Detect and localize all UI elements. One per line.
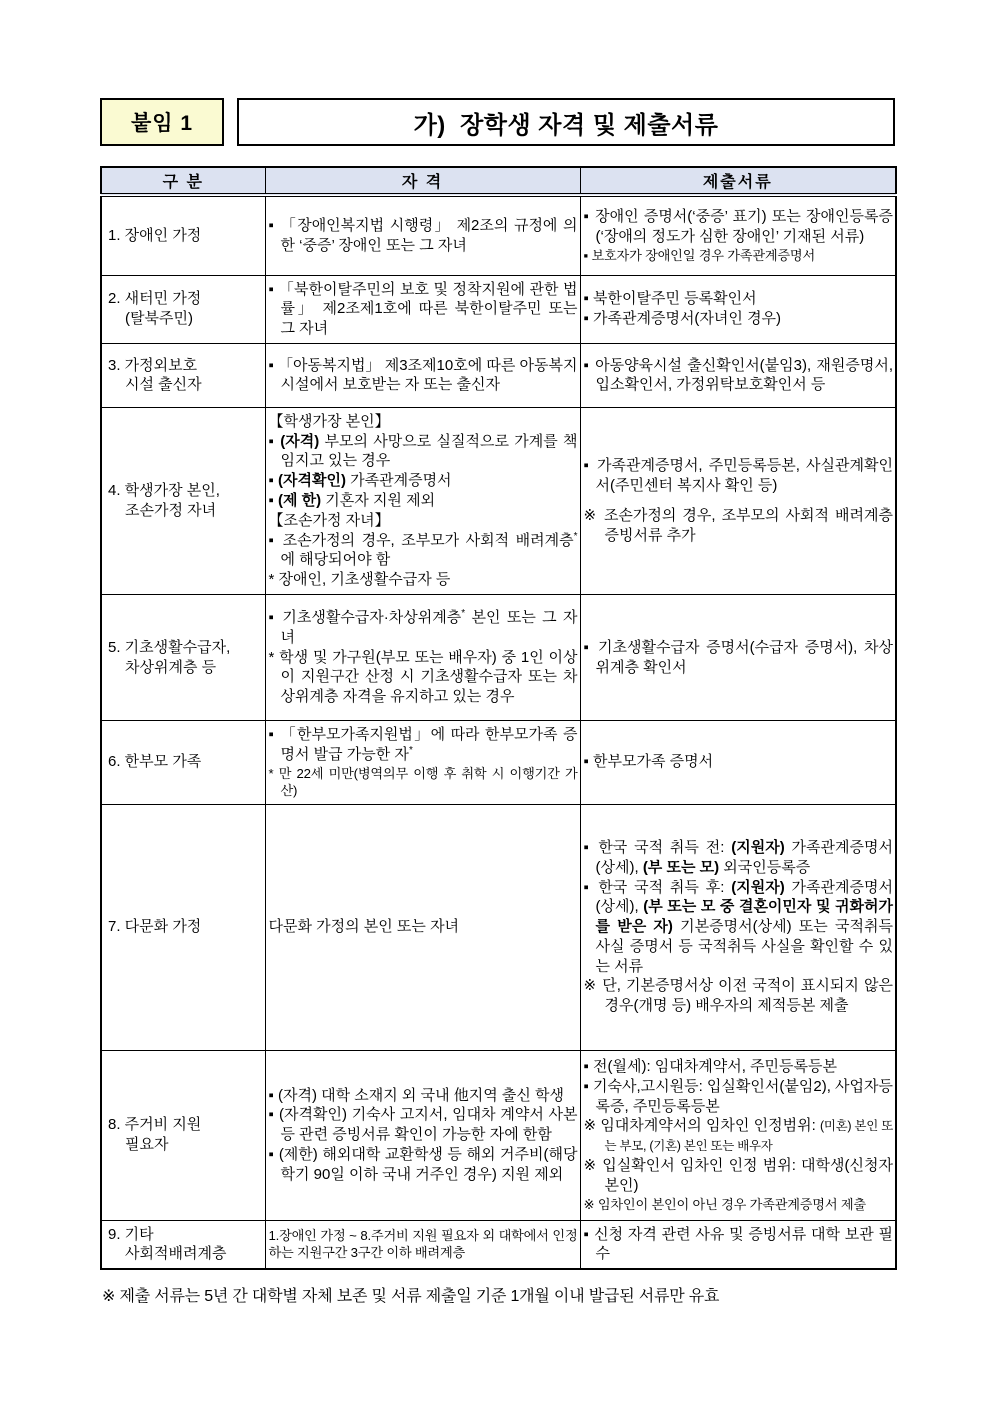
- table-row: 5. 기초생활수급자,차상위계층 등▪ 기초생활수급자·차상위계층* 본인 또는…: [101, 595, 896, 721]
- text-line: ※ 단, 기본증명서상 이전 국적이 표시되지 않은 경우(개명 등) 배우자의…: [584, 976, 894, 1016]
- page-title: 가) 장학생 자격 및 제출서류: [414, 105, 719, 140]
- category-cell: 8. 주거비 지원필요자: [101, 1050, 265, 1220]
- text-segment: 「아동복지법」 제3조제10호에 따른 아동복지시설에서 보호받는 자 또는 출…: [278, 357, 577, 394]
- text-segment: (지원자): [731, 879, 784, 896]
- category-text: 5. 기초생활수급자,: [108, 638, 263, 658]
- text-line: ▪ 기초생활수급자 증명서(수급자 증명서), 차상위계층 확인서: [584, 638, 894, 678]
- text-segment: 기숙사,고시원등: 입실확인서(붙임2), 사업자등록증, 주민등록등본: [593, 1078, 893, 1115]
- footer-note: ※ 제출 서류는 5년 간 대학별 자체 보존 및 서류 제출일 기준 1개월 …: [100, 1283, 895, 1306]
- documents-cell: ▪ 기초생활수급자 증명서(수급자 증명서), 차상위계층 확인서: [580, 595, 896, 721]
- category-text: 8. 주거비 지원: [108, 1115, 263, 1135]
- text-segment: 가족관계증명서: [346, 472, 452, 489]
- text-segment: (자격): [280, 433, 319, 450]
- category-cell: 1. 장애인 가정: [101, 195, 265, 275]
- text-line: ▪ 아동양육시설 출신확인서(붙임3), 재원증명서, 입소확인서, 가정위탁보…: [584, 356, 894, 396]
- qualification-cell: 다문화 가정의 본인 또는 자녀: [265, 804, 580, 1050]
- bullet-marker: ▪: [269, 472, 279, 489]
- bullet-marker: ▪: [269, 492, 279, 509]
- table-row: 4. 학생가장 본인,조손가정 자녀【학생가장 본인】▪ (자격) 부모의 사망…: [101, 407, 896, 594]
- text-segment: 임대차계약서의 임차인 인정범위:: [600, 1117, 820, 1134]
- category-cell: 9. 기타사회적배려계층: [101, 1220, 265, 1269]
- documents-cell: ▪ 신청 자격 관련 사유 및 증빙서류 대학 보관 필수: [580, 1220, 896, 1269]
- text-segment: 만 22세 미만(병역의무 이행 후 취학 시 이행기간 가산): [279, 766, 578, 798]
- text-segment: 한국 국적 취득 전:: [598, 839, 731, 856]
- bullet-marker: ▪: [269, 609, 283, 626]
- text-segment: 학생 및 가구원(부모 또는 배우자) 중 1인 이상이 지원구간 산정 시 기…: [279, 649, 577, 706]
- eligibility-table: 구 분 자 격 제출서류 1. 장애인 가정▪ 「장애인복지법 시행령」 제2조…: [100, 166, 897, 1270]
- footnote-marker: *: [269, 766, 279, 781]
- text-line: ※ 입실확인서 임차인 인정 범위: 대학생(신청자 본인): [584, 1156, 894, 1196]
- document-page: 붙임 1 가) 장학생 자격 및 제출서류 구 분 자 격 제출서류 1. 장애…: [100, 98, 895, 1306]
- qualification-cell: ▪ 「아동복지법」 제3조제10호에 따른 아동복지시설에서 보호받는 자 또는…: [265, 343, 580, 407]
- text-segment: 보호자가 장애인일 경우 가족관계증명서: [591, 248, 815, 263]
- text-line: * 학생 및 가구원(부모 또는 배우자) 중 1인 이상이 지원구간 산정 시…: [269, 648, 578, 707]
- text-segment: (자격확인) 기숙사 고지서, 임대차 계약서 사본 등 관련 증빙서류 확인이…: [279, 1106, 577, 1143]
- table-row: 8. 주거비 지원필요자▪ (자격) 대학 소재지 외 국내 他지역 출신 학생…: [101, 1050, 896, 1220]
- text-segment: (부 또는 모): [643, 859, 719, 876]
- text-line: ▪ (자격) 부모의 사망으로 실질적으로 가계를 책임지고 있는 경우: [269, 432, 578, 472]
- category-text: 1. 장애인 가정: [108, 226, 263, 246]
- text-segment: 단, 기본증명서상 이전 국적이 표시되지 않은 경우(개명 등) 배우자의 제…: [602, 977, 893, 1014]
- category-cell: 5. 기초생활수급자,차상위계층 등: [101, 595, 265, 721]
- text-line: ▪ 한국 국적 취득 후: (지원자) 가족관계증명서(상세), (부 또는 모…: [584, 878, 894, 977]
- text-line: ▪ (자격확인) 기숙사 고지서, 임대차 계약서 사본 등 관련 증빙서류 확…: [269, 1105, 578, 1145]
- text-segment: 「한부모가족지원법」에 따라 한부모가족 증명서 발급 가능한 자: [281, 726, 578, 763]
- bullet-marker: ▪: [584, 839, 599, 856]
- text-segment: 가족관계증명서, 주민등록등본, 사실관계확인서(주민센터 복지사 확인 등): [596, 457, 894, 494]
- bullet-marker: ▪: [584, 1058, 594, 1075]
- bullet-marker: ▪: [584, 310, 594, 327]
- documents-cell: ▪ 전(월세): 임대차계약서, 주민등록등본▪ 기숙사,고시원등: 입실확인서…: [580, 1050, 896, 1220]
- text-line: ▪ 전(월세): 임대차계약서, 주민등록등본: [584, 1057, 894, 1077]
- category-text: 4. 학생가장 본인,: [108, 481, 263, 501]
- category-cell: 7. 다문화 가정: [101, 804, 265, 1050]
- text-line: ▪ 「한부모가족지원법」에 따라 한부모가족 증명서 발급 가능한 자*: [269, 725, 578, 765]
- text-segment: 가족관계증명서(자녀인 경우): [593, 310, 781, 327]
- table-row: 2. 새터민 가정(탈북주민)▪ 「북한이탈주민의 보호 및 정착지원에 관한 …: [101, 275, 896, 343]
- text-line: ▪ (자격확인) 가족관계증명서: [269, 471, 578, 491]
- text-line: ▪ 기숙사,고시원등: 입실확인서(붙임2), 사업자등록증, 주민등록등본: [584, 1077, 894, 1117]
- documents-cell: ▪ 북한이탈주민 등록확인서▪ 가족관계증명서(자녀인 경우): [580, 275, 896, 343]
- qualification-cell: ▪ 「북한이탈주민의 보호 및 정착지원에 관한 법률」 제2조제1호에 따른 …: [265, 275, 580, 343]
- text-line: ▪ 한국 국적 취득 전: (지원자) 가족관계증명서(상세), (부 또는 모…: [584, 838, 894, 878]
- bullet-marker: ▪: [269, 357, 279, 374]
- bullet-marker: ▪: [584, 753, 594, 770]
- table-row: 9. 기타사회적배려계층1.장애인 가정 ~ 8.주거비 지원 필요자 외 대학…: [101, 1220, 896, 1269]
- bullet-marker: ▪: [269, 1087, 279, 1104]
- category-text: 3. 가정외보호: [108, 356, 263, 376]
- text-line: ※ 조손가정의 경우, 조부모의 사회적 배려계층 증빙서류 추가: [584, 506, 894, 546]
- text-line: 【조손가정 자녀】: [269, 511, 578, 531]
- text-line: ▪ 장애인 증명서(‘중증’ 표기) 또는 장애인등록증(‘장애의 정도가 심한…: [584, 207, 894, 247]
- text-segment: 기초생활수급자 증명서(수급자 증명서), 차상위계층 확인서: [596, 639, 894, 676]
- text-line: 1.장애인 가정 ~ 8.주거비 지원 필요자 외 대학에서 인정하는 지원구간…: [269, 1227, 578, 1262]
- text-line: ▪ 기초생활수급자·차상위계층* 본인 또는 그 자녀: [269, 608, 578, 648]
- category-text: (탈북주민): [108, 309, 263, 329]
- text-segment: *: [409, 745, 413, 756]
- bullet-marker: ▪: [584, 1226, 595, 1243]
- column-header-qualification: 자 격: [265, 167, 580, 195]
- qualification-cell: ▪ 「장애인복지법 시행령」 제2조의 규정에 의한 ‘중증’ 장애인 또는 그…: [265, 195, 580, 275]
- table-row: 7. 다문화 가정다문화 가정의 본인 또는 자녀▪ 한국 국적 취득 전: (…: [101, 804, 896, 1050]
- attachment-badge: 붙임 1: [100, 98, 224, 146]
- bullet-marker: ▪: [269, 433, 281, 450]
- category-text: 7. 다문화 가정: [108, 917, 263, 937]
- text-line: ▪ 가족관계증명서(자녀인 경우): [584, 309, 894, 329]
- qualification-cell: ▪ 「한부모가족지원법」에 따라 한부모가족 증명서 발급 가능한 자** 만 …: [265, 721, 580, 804]
- document-header: 붙임 1 가) 장학생 자격 및 제출서류: [100, 98, 895, 146]
- text-segment: 입실확인서 임차인 인정 범위: 대학생(신청자 본인): [602, 1157, 893, 1194]
- qualification-cell: ▪ (자격) 대학 소재지 외 국내 他지역 출신 학생▪ (자격확인) 기숙사…: [265, 1050, 580, 1220]
- text-segment: (제 한): [278, 492, 321, 509]
- text-line: ※ 임대차계약서의 임차인 인정범위: (미혼) 본인 또는 부모, (기혼) …: [584, 1116, 894, 1156]
- footnote-marker: *: [269, 571, 279, 588]
- text-segment: (자격확인): [278, 472, 346, 489]
- table-row: 6. 한부모 가족▪ 「한부모가족지원법」에 따라 한부모가족 증명서 발급 가…: [101, 721, 896, 804]
- text-segment: 장애인 증명서(‘중증’ 표기) 또는 장애인등록증(‘장애의 정도가 심한 장…: [595, 208, 893, 245]
- text-line: ▪ (제한) 해외대학 교환학생 등 해외 거주비(해당학기 90일 이하 국내…: [269, 1145, 578, 1185]
- column-header-documents: 제출서류: [580, 167, 896, 195]
- bullet-marker: ▪: [584, 457, 598, 474]
- text-segment: 다문화 가정의 본인 또는 자녀: [269, 918, 460, 935]
- text-segment: 기초생활수급자·차상위계층: [282, 609, 461, 626]
- text-line: ▪ 조손가정의 경우, 조부모가 사회적 배려계층*에 해당되어야 함: [269, 531, 578, 571]
- title-box: 가) 장학생 자격 및 제출서류: [237, 98, 895, 146]
- text-segment: 외국인등록증: [719, 859, 810, 876]
- bullet-marker: ▪: [269, 217, 281, 234]
- column-header-category: 구 분: [101, 167, 265, 195]
- text-line: ▪ 신청 자격 관련 사유 및 증빙서류 대학 보관 필수: [584, 1225, 894, 1265]
- text-segment: 조손가정의 경우, 조부모가 사회적 배려계층: [283, 532, 574, 549]
- text-line: ▪ 가족관계증명서, 주민등록등본, 사실관계확인서(주민센터 복지사 확인 등…: [584, 456, 894, 496]
- category-text: 조손가정 자녀: [108, 501, 263, 521]
- category-text: 2. 새터민 가정: [108, 289, 263, 309]
- text-line: ▪ 보호자가 장애인일 경우 가족관계증명서: [584, 247, 894, 264]
- bullet-marker: ▪: [584, 290, 594, 307]
- bullet-marker: ▪: [584, 208, 596, 225]
- text-line: ▪ 북한이탈주민 등록확인서: [584, 289, 894, 309]
- text-segment: 부모의 사망으로 실질적으로 가계를 책임지고 있는 경우: [281, 433, 578, 470]
- text-line: ▪ 한부모가족 증명서: [584, 752, 894, 772]
- text-line: ▪ (자격) 대학 소재지 외 국내 他지역 출신 학생: [269, 1086, 578, 1106]
- text-segment: 북한이탈주민 등록확인서: [593, 290, 757, 307]
- bullet-marker: ▪: [269, 1106, 280, 1123]
- text-line: 【학생가장 본인】: [269, 412, 578, 432]
- bullet-marker: ▪: [584, 879, 599, 896]
- category-text: 6. 한부모 가족: [108, 752, 263, 772]
- text-segment: 한부모가족 증명서: [593, 753, 713, 770]
- qualification-cell: ▪ 기초생활수급자·차상위계층* 본인 또는 그 자녀* 학생 및 가구원(부모…: [265, 595, 580, 721]
- text-segment: 【학생가장 본인】: [269, 413, 390, 430]
- text-segment: 기혼자 지원 제외: [321, 492, 435, 509]
- bullet-marker: ▪: [584, 639, 599, 656]
- text-segment: 신청 자격 관련 사유 및 증빙서류 대학 보관 필수: [594, 1226, 893, 1263]
- text-line: ※ 임차인이 본인이 아닌 경우 가족관계증명서 제출: [584, 1196, 894, 1213]
- text-segment: 장애인, 기초생활수급자 등: [279, 571, 451, 588]
- table-header-row: 구 분 자 격 제출서류: [101, 167, 896, 195]
- table-row: 1. 장애인 가정▪ 「장애인복지법 시행령」 제2조의 규정에 의한 ‘중증’…: [101, 195, 896, 275]
- category-cell: 4. 학생가장 본인,조손가정 자녀: [101, 407, 265, 594]
- documents-cell: ▪ 한국 국적 취득 전: (지원자) 가족관계증명서(상세), (부 또는 모…: [580, 804, 896, 1050]
- text-segment: 한국 국적 취득 후:: [598, 879, 731, 896]
- qualification-cell: 【학생가장 본인】▪ (자격) 부모의 사망으로 실질적으로 가계를 책임지고 …: [265, 407, 580, 594]
- text-segment: 임차인이 본인이 아닌 경우 가족관계증명서 제출: [598, 1197, 866, 1212]
- reference-marker: ※: [584, 1117, 601, 1134]
- text-line: ▪ (제 한) 기혼자 지원 제외: [269, 491, 578, 511]
- footnote-marker: *: [269, 649, 280, 666]
- qualification-cell: 1.장애인 가정 ~ 8.주거비 지원 필요자 외 대학에서 인정하는 지원구간…: [265, 1220, 580, 1269]
- category-text: 시설 출신자: [108, 375, 263, 395]
- text-segment: (자격) 대학 소재지 외 국내 他지역 출신 학생: [278, 1087, 564, 1104]
- reference-marker: ※: [584, 1197, 598, 1212]
- reference-marker: ※: [584, 507, 604, 524]
- text-segment: 1.장애인 가정 ~ 8.주거비 지원 필요자 외 대학에서 인정하는 지원구간…: [269, 1228, 578, 1260]
- reference-marker: ※: [584, 1157, 603, 1174]
- text-segment: 「장애인복지법 시행령」 제2조의 규정에 의한 ‘중증’ 장애인 또는 그 자…: [281, 217, 578, 254]
- bullet-marker: ▪: [584, 357, 596, 374]
- category-text: 필요자: [108, 1135, 263, 1155]
- text-segment: 에 해당되어야 함: [281, 551, 391, 568]
- category-cell: 6. 한부모 가족: [101, 721, 265, 804]
- category-text: 9. 기타: [108, 1225, 263, 1245]
- bullet-marker: ▪: [269, 281, 279, 298]
- text-segment: 전(월세): 임대차계약서, 주민등록등본: [593, 1058, 837, 1075]
- text-segment: *: [574, 531, 578, 542]
- text-line: 다문화 가정의 본인 또는 자녀: [269, 917, 578, 937]
- text-line: ▪ 「북한이탈주민의 보호 및 정착지원에 관한 법률」 제2조제1호에 따른 …: [269, 280, 578, 339]
- category-text: 차상위계층 등: [108, 658, 263, 678]
- documents-cell: ▪ 장애인 증명서(‘중증’ 표기) 또는 장애인등록증(‘장애의 정도가 심한…: [580, 195, 896, 275]
- text-segment: 「북한이탈주민의 보호 및 정착지원에 관한 법률」 제2조제1호에 따른 북한…: [279, 281, 578, 338]
- documents-cell: ▪ 가족관계증명서, 주민등록등본, 사실관계확인서(주민센터 복지사 확인 등…: [580, 407, 896, 594]
- text-line: * 장애인, 기초생활수급자 등: [269, 570, 578, 590]
- reference-marker: ※: [584, 977, 603, 994]
- bullet-marker: ▪: [269, 532, 283, 549]
- text-segment: 아동양육시설 출신확인서(붙임3), 재원증명서, 입소확인서, 가정위탁보호확…: [595, 357, 893, 394]
- text-segment: 조손가정의 경우, 조부모의 사회적 배려계층 증빙서류 추가: [604, 507, 893, 544]
- text-segment: 【조손가정 자녀】: [269, 512, 390, 529]
- bullet-marker: ▪: [584, 1078, 594, 1095]
- text-segment: (지원자): [731, 839, 784, 856]
- bullet-marker: ▪: [269, 726, 281, 743]
- documents-cell: ▪ 아동양육시설 출신확인서(붙임3), 재원증명서, 입소확인서, 가정위탁보…: [580, 343, 896, 407]
- category-cell: 2. 새터민 가정(탈북주민): [101, 275, 265, 343]
- category-cell: 3. 가정외보호시설 출신자: [101, 343, 265, 407]
- text-segment: (제한) 해외대학 교환학생 등 해외 거주비(해당학기 90일 이하 국내 거…: [279, 1146, 578, 1183]
- table-row: 3. 가정외보호시설 출신자▪ 「아동복지법」 제3조제10호에 따른 아동복지…: [101, 343, 896, 407]
- documents-cell: ▪ 한부모가족 증명서: [580, 721, 896, 804]
- category-text: 사회적배려계층: [108, 1244, 263, 1264]
- text-line: ▪ 「장애인복지법 시행령」 제2조의 규정에 의한 ‘중증’ 장애인 또는 그…: [269, 216, 578, 256]
- text-line: ▪ 「아동복지법」 제3조제10호에 따른 아동복지시설에서 보호받는 자 또는…: [269, 356, 578, 396]
- text-line: * 만 22세 미만(병역의무 이행 후 취학 시 이행기간 가산): [269, 765, 578, 800]
- bullet-marker: ▪: [269, 1146, 279, 1163]
